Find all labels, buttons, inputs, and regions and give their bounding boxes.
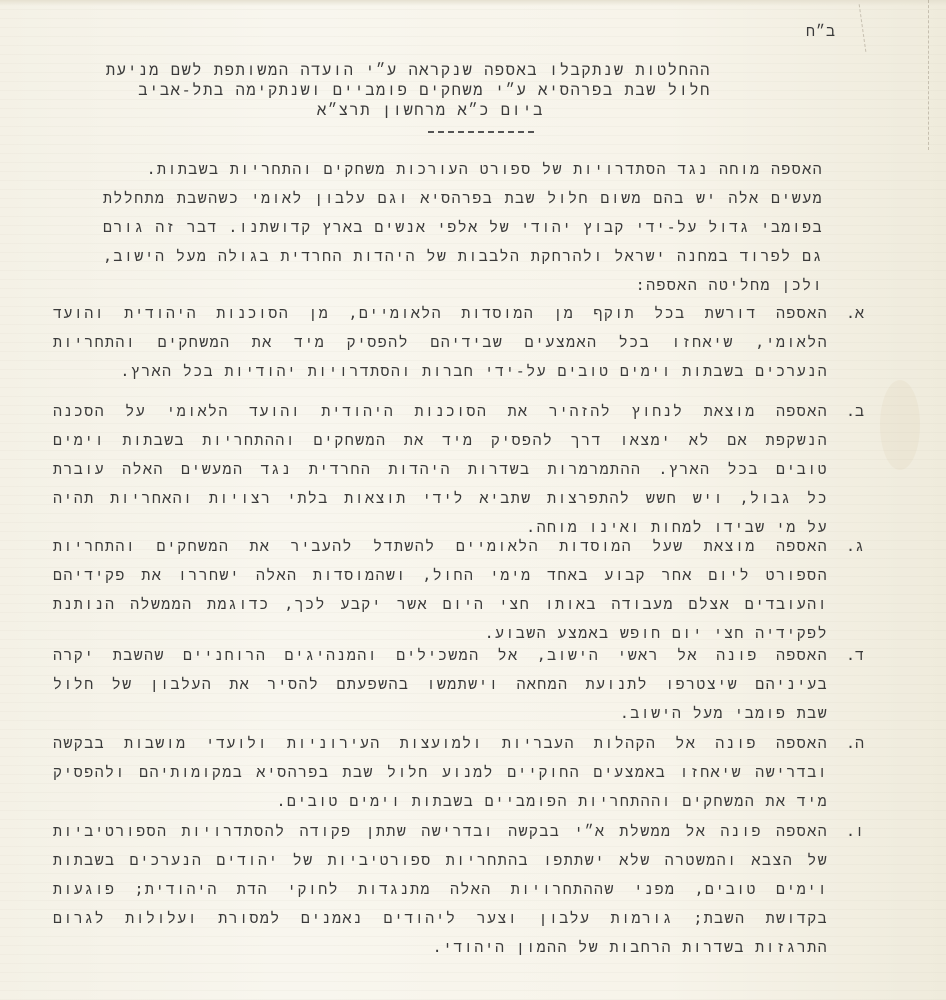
item-line: הלאומי, שיאחזו בכל האמצעים שבידיהם להפסי…	[53, 328, 828, 357]
item-line: האספה פונה אל ראשי הישוב, אל המשכילים וה…	[53, 641, 828, 670]
title-separator-rule	[428, 131, 534, 133]
item-line: שבת פומבי מעל הישוב.	[53, 699, 828, 728]
item-line: האספה מוצאת שעל המוסדות הלאומיים להשתדל …	[53, 532, 828, 561]
intro-line: האספה מוחה נגד הסתדרויות של ספורט העורכו…	[103, 155, 823, 184]
item-line: מיד את המשחקים וההתחריות הפומביים בשבתות…	[53, 787, 828, 816]
intro-line: גם לפרוד במחנה ישראל ולהרחקת הלבבות של ה…	[103, 242, 823, 271]
intro-line: בפומבי גדול על-ידי קבוץ יהודי של אלפי אנ…	[103, 213, 823, 242]
intro-paragraph: האספה מוחה נגד הסתדרויות של ספורט העורכו…	[103, 155, 823, 300]
title-line: ביום כ״א מרחשון תרצ״א	[150, 100, 711, 120]
item-line: האספה פונה אל הקהלות העבריות ולמועצות הע…	[53, 729, 828, 758]
item-line: הספורט ליום אחר קבוע באחד מימי החול, ושה…	[53, 561, 828, 590]
item-line: טובים בכל הארץ. ההתמרמרות בשדרות היהדות …	[53, 455, 828, 484]
document-title: ההחלטות שנתקבלו באספה שנקראה ע״י הועדה ה…	[150, 60, 711, 120]
typewritten-document: ב״ח ההחלטות שנתקבלו באספה שנקראה ע״י הוע…	[0, 0, 946, 1000]
item-marker: א.	[846, 299, 864, 328]
item-line: והעובדים אצלם מעבודה באותו חצי היום אשר …	[53, 590, 828, 619]
item-line: בקדושת השבת; גורמות עלבון וצער ליהודים נ…	[53, 904, 828, 933]
item-line: האספה מוצאת לנחוץ להזהיר את הסוכנות היהו…	[53, 397, 828, 426]
item-line: כל גבול, ויש חשש להתפרצות שתביא לידי תוצ…	[53, 484, 828, 513]
page-number: ב״ח	[806, 22, 836, 41]
item-body: האספה פונה אל הקהלות העבריות ולמועצות הע…	[53, 729, 828, 816]
item-line: האספה פונה אל ממשלת א״י בבקשה ובדרישה שת…	[53, 817, 828, 846]
item-body: האספה דורשת בכל תוקף מן המוסדות הלאומיים…	[53, 299, 828, 386]
item-line: ובדרישה שיאחזו באמצעים החוקיים למנוע חלו…	[53, 758, 828, 787]
item-body: האספה מוצאת לנחוץ להזהיר את הסוכנות היהו…	[53, 397, 828, 542]
title-line: ההחלטות שנתקבלו באספה שנקראה ע״י הועדה ה…	[150, 60, 711, 80]
item-marker: ו.	[846, 817, 864, 846]
item-line: הנערכים בשבתות וימים טובים על-ידי חברות …	[53, 357, 828, 386]
item-marker: ג.	[846, 532, 864, 561]
intro-line: ולכן מחליטה האספה:	[103, 271, 823, 300]
item-body: האספה פונה אל ממשלת א״י בבקשה ובדרישה שת…	[53, 817, 828, 962]
intro-line: מעשים אלה יש בהם משום חלול שבת בפרהסיא ו…	[103, 184, 823, 213]
item-line: התרגזות בשדרות הרחבות של ההמון היהודי.	[53, 933, 828, 962]
item-marker: ד.	[846, 641, 864, 670]
item-body: האספה פונה אל ראשי הישוב, אל המשכילים וה…	[53, 641, 828, 728]
item-body: האספה מוצאת שעל המוסדות הלאומיים להשתדל …	[53, 532, 828, 648]
item-line: של הצבא והמשטרה שלא ישתתפו בהתחריות ספור…	[53, 846, 828, 875]
item-line: האספה דורשת בכל תוקף מן המוסדות הלאומיים…	[53, 299, 828, 328]
title-line: חלול שבת בפרהסיא ע״י משחקים פומביים ושנת…	[150, 80, 711, 100]
item-marker: ה.	[846, 729, 864, 758]
item-line: הנשקפת אם לא ימצאו דרך להפסיק מיד את המש…	[53, 426, 828, 455]
item-marker: ב.	[846, 397, 864, 426]
item-line: וימים טובים, מפני שההתחרויות האלה מתנגדו…	[53, 875, 828, 904]
item-line: בעיניהם שיצטרפו לתנועת המחאה וישתמשו בהש…	[53, 670, 828, 699]
